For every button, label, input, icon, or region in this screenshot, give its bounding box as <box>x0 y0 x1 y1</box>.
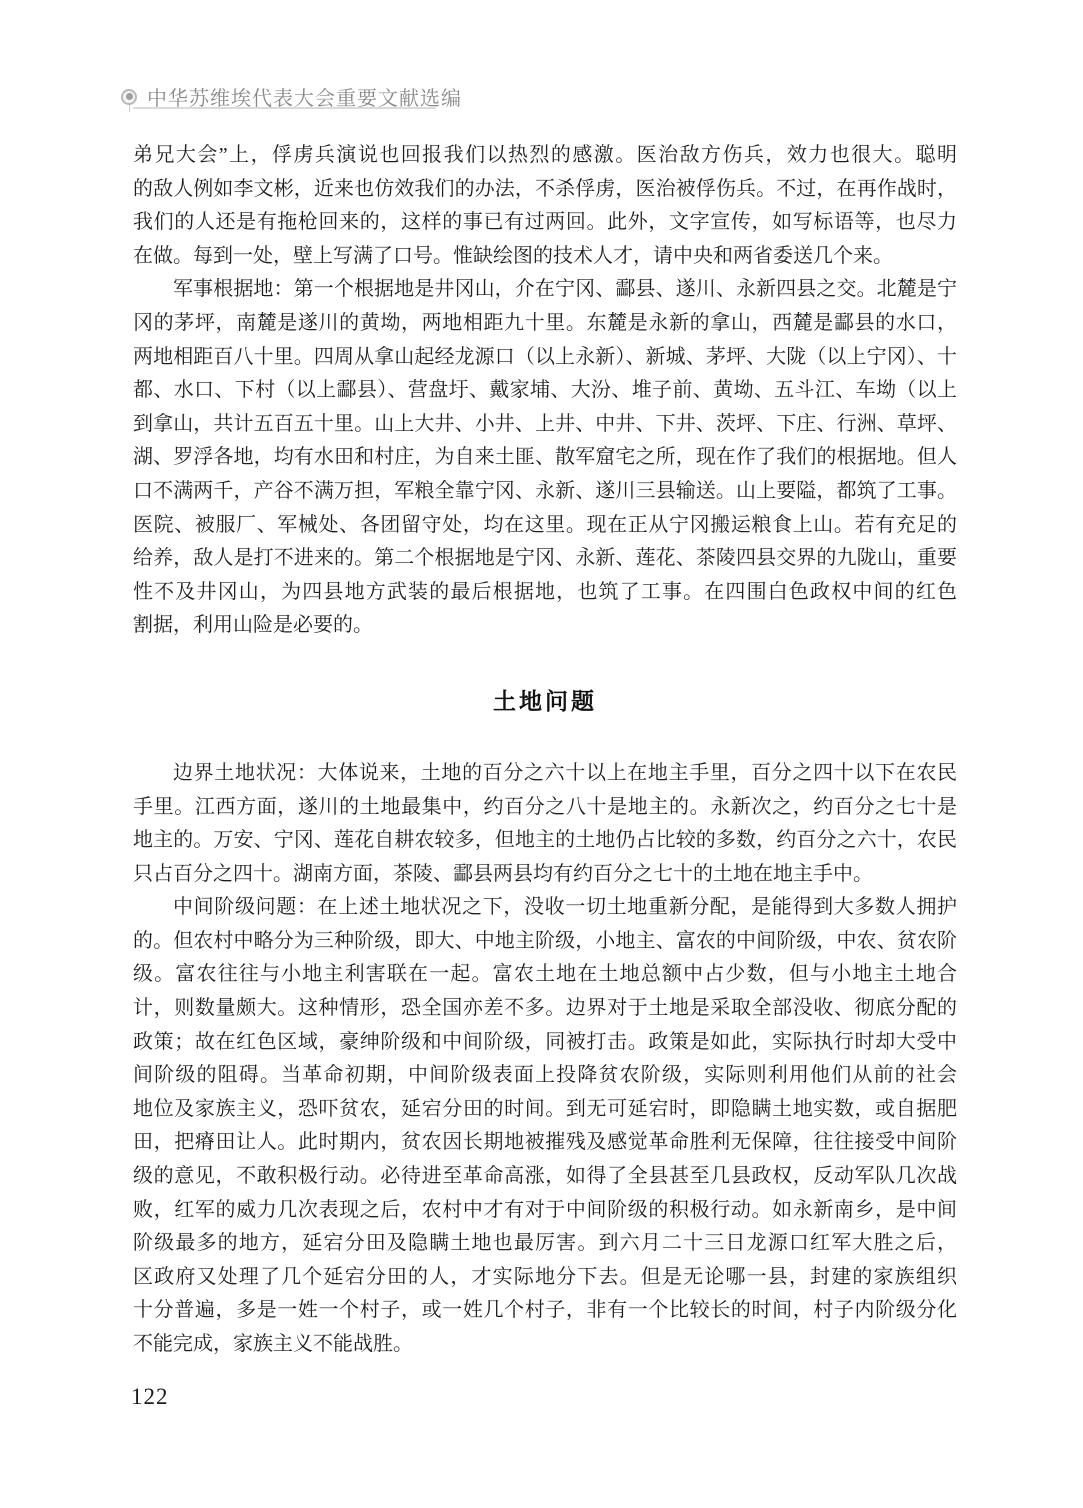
text-line: 的。但农村中略分为三种阶级，即大、中地主阶级，小地主、富农的中间阶级，中农、贫农… <box>133 925 957 959</box>
text-line: 到拿山，共计五百五十里。山上大井、小井、上井、中井、下井、茨坪、下庄、行洲、草坪… <box>133 408 957 442</box>
text-line: 级。富农往往与小地主利害联在一起。富农土地在土地总额中占少数，但与小地主土地合 <box>133 958 957 992</box>
text-line: 田，把瘠田让人。此时期内，贫农因长期地被摧残及感觉革命胜利无保障，往往接受中间阶 <box>133 1126 957 1160</box>
text-line: 边界土地状况：大体说来，土地的百分之六十以上在地主手里，百分之四十以下在农民 <box>133 757 957 791</box>
text-line: 计，则数量颇大。这种情形，恐全国亦差不多。边界对于土地是采取全部没收、彻底分配的 <box>133 992 957 1026</box>
text-line: 中间阶级问题：在上述土地状况之下，没收一切土地重新分配，是能得到大多数人拥护 <box>133 891 957 925</box>
text-line: 在做。每到一处，壁上写满了口号。惟缺绘图的技术人才，请中央和两省委送几个来。 <box>133 240 957 274</box>
text-line: 军事根据地：第一个根据地是井冈山，介在宁冈、酃县、遂川、永新四县之交。北麓是宁 <box>133 273 957 307</box>
paragraph-military-bases: 军事根据地：第一个根据地是井冈山，介在宁冈、酃县、遂川、永新四县之交。北麓是宁冈… <box>133 273 957 643</box>
text-line: 我们的人还是有拖枪回来的，这样的事已有过两回。此外，文字宣传，如写标语等，也尽力 <box>133 206 957 240</box>
running-header: 中华苏维埃代表大会重要文献选编 <box>121 82 462 111</box>
text-line: 口不满两千，产谷不满万担，军粮全靠宁冈、永新、遂川三县输送。山上要隘，都筑了工事… <box>133 475 957 509</box>
section-heading-land-question: 土地问题 <box>133 685 957 717</box>
paragraph-prisoners-propaganda: 弟兄大会”上，俘虏兵演说也回报我们以热烈的感激。医治敌方伤兵，效力也很大。聪明的… <box>133 139 957 273</box>
paragraph-border-land-status: 边界土地状况：大体说来，土地的百分之六十以上在地主手里，百分之四十以下在农民手里… <box>133 757 957 891</box>
text-line: 只占百分之四十。湖南方面，茶陵、酃县两县均有约百分之七十的土地在地主手中。 <box>133 858 957 892</box>
text-line: 医院、被服厂、军械处、各团留守处，均在这里。现在正从宁冈搬运粮食上山。若有充足的 <box>133 509 957 543</box>
paragraph-middle-class-problem: 中间阶级问题：在上述土地状况之下，没收一切土地重新分配，是能得到大多数人拥护的。… <box>133 891 957 1361</box>
text-line: 的敌人例如李文彬，近来也仿效我们的办法，不杀俘虏，医治被俘伤兵。不过，在再作战时… <box>133 173 957 207</box>
text-line: 败，红军的威力几次表现之后，农村中才有对于中间阶级的积极行动。如永新南乡，是中间 <box>133 1194 957 1228</box>
text-line: 割据，利用山险是必要的。 <box>133 609 957 643</box>
text-line: 湖、罗浮各地，均有水田和村庄，为自来土匪、散军窟宅之所，现在作了我们的根据地。但… <box>133 441 957 475</box>
text-line: 手里。江西方面，遂川的土地最集中，约百分之八十是地主的。永新次之，约百分之七十是 <box>133 791 957 825</box>
text-line: 弟兄大会”上，俘虏兵演说也回报我们以热烈的感激。医治敌方伤兵，效力也很大。聪明 <box>133 139 957 173</box>
text-line: 级的意见，不敢积极行动。必待进至革命高涨，如得了全县甚至几县政权，反动军队几次战 <box>133 1160 957 1194</box>
text-line: 十分普遍，多是一姓一个村子，或一姓几个村子，非有一个比较长的时间，村子内阶级分化 <box>133 1294 957 1328</box>
text-line: 间阶级的阻碍。当革命初期，中间阶级表面上投降贫农阶级，实际则利用他们从前的社会 <box>133 1059 957 1093</box>
text-line: 政策；故在红色区域，豪绅阶级和中间阶级，同被打击。政策是如此，实际执行时却大受中 <box>133 1026 957 1060</box>
text-line: 阶级最多的地方，延宕分田及隐瞒土地也最厉害。到六月二十三日龙源口红军大胜之后， <box>133 1227 957 1261</box>
text-line: 冈的茅坪，南麓是遂川的黄坳，两地相距九十里。东麓是永新的拿山，西麓是酃县的水口， <box>133 307 957 341</box>
text-line: 区政府又处理了几个延宕分田的人，才实际地分下去。但是无论哪一县，封建的家族组织 <box>133 1261 957 1295</box>
document-body: 弟兄大会”上，俘虏兵演说也回报我们以热烈的感激。医治敌方伤兵，效力也很大。聪明的… <box>133 139 957 1362</box>
book-page: 中华苏维埃代表大会重要文献选编 弟兄大会”上，俘虏兵演说也回报我们以热烈的感激。… <box>0 0 1083 1508</box>
bullet-icon <box>121 89 137 105</box>
text-line: 性不及井冈山，为四县地方武装的最后根据地，也筑了工事。在四围白色政权中间的红色 <box>133 576 957 610</box>
text-line: 给养，敌人是打不进来的。第二个根据地是宁冈、永新、莲花、茶陵四县交界的九陇山，重… <box>133 542 957 576</box>
text-line: 地主的。万安、宁冈、莲花自耕农较多，但地主的土地仍占比较的多数，约百分之六十，农… <box>133 824 957 858</box>
text-line: 两地相距百八十里。四周从拿山起经龙源口（以上永新）、新城、茅坪、大陇（以上宁冈）… <box>133 341 957 375</box>
text-line: 都、水口、下村（以上酃县）、营盘圩、戴家埔、大汾、堆子前、黄坳、五斗江、车坳（以… <box>133 374 957 408</box>
text-line: 地位及家族主义，恐吓贫农，延宕分田的时间。到无可延宕时，即隐瞒土地实数，或自据肥 <box>133 1093 957 1127</box>
book-title: 中华苏维埃代表大会重要文献选编 <box>147 82 462 111</box>
page-number: 122 <box>131 1384 169 1410</box>
text-line: 不能完成，家族主义不能战胜。 <box>133 1328 957 1362</box>
